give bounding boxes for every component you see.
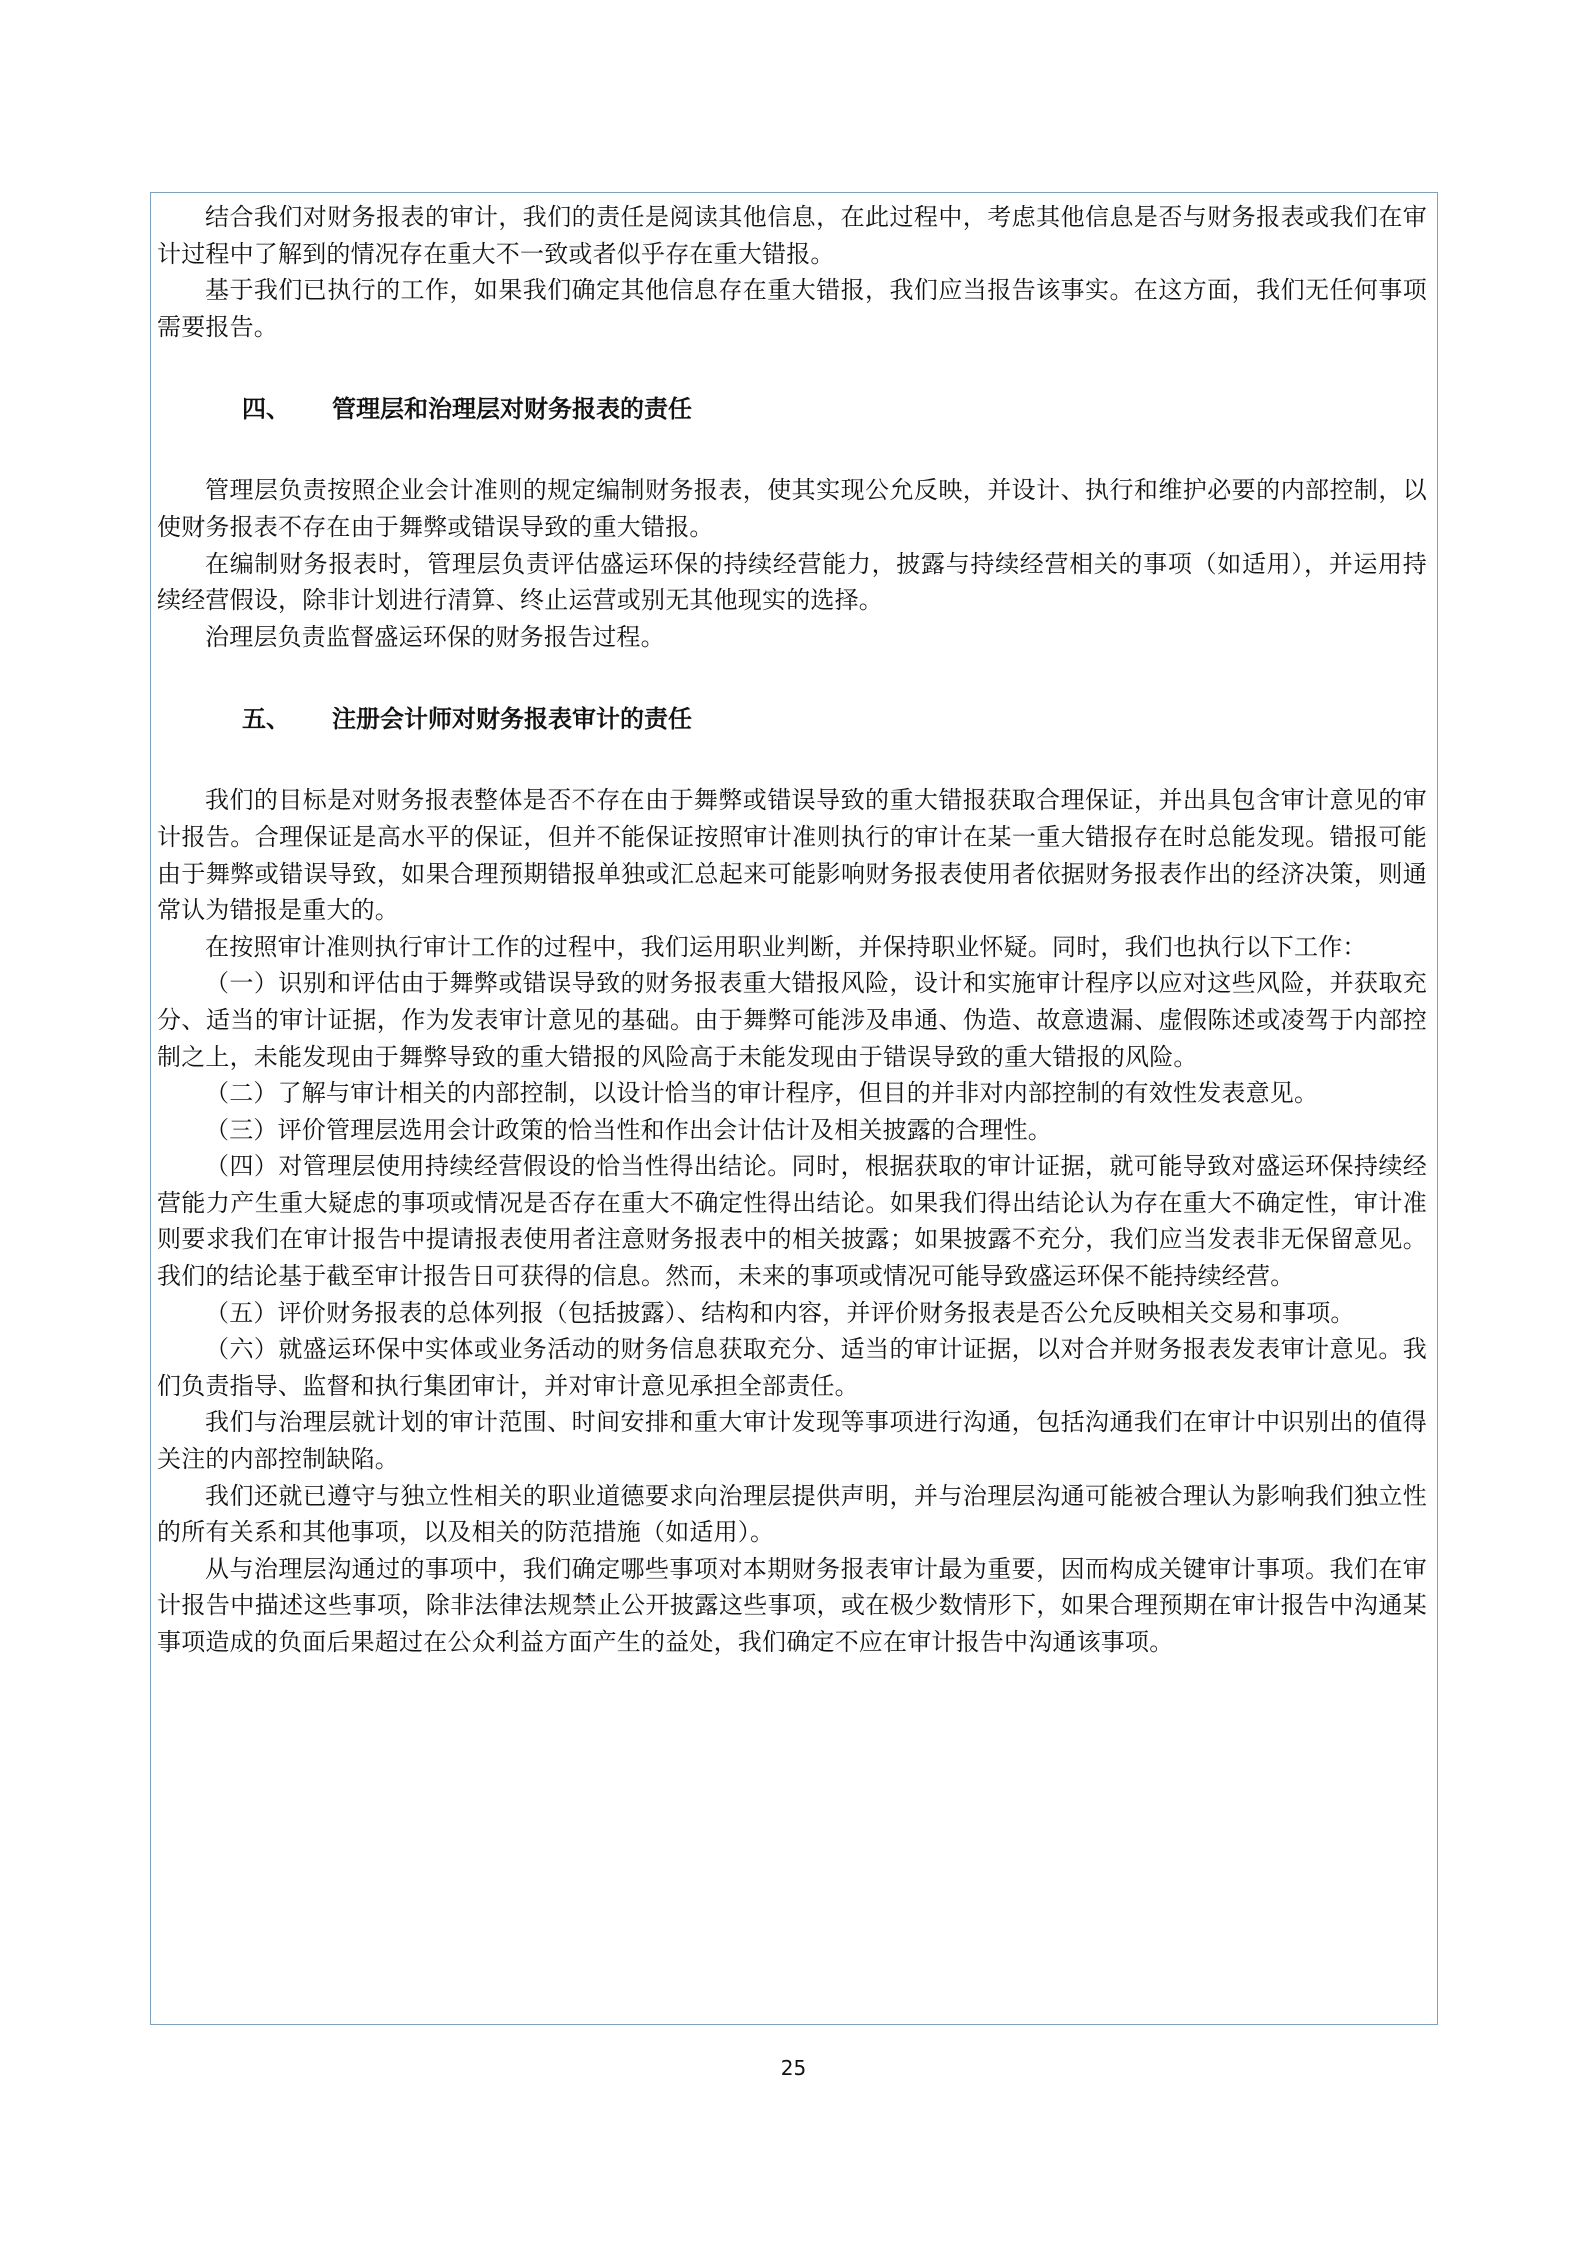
- list-item: （六）就盛运环保中实体或业务活动的财务信息获取充分、适当的审计证据，以对合并财务…: [157, 1331, 1427, 1404]
- paragraph: 我们与治理层就计划的审计范围、时间安排和重大审计发现等事项进行沟通，包括沟通我们…: [157, 1404, 1427, 1477]
- section-number: 四、: [157, 391, 332, 427]
- section-heading-5: 五、 注册会计师对财务报表审计的责任: [157, 701, 1427, 737]
- report-content: 结合我们对财务报表的审计，我们的责任是阅读其他信息，在此过程中，考虑其他信息是否…: [157, 199, 1427, 1661]
- section-title: 管理层和治理层对财务报表的责任: [332, 391, 692, 427]
- paragraph: 结合我们对财务报表的审计，我们的责任是阅读其他信息，在此过程中，考虑其他信息是否…: [157, 199, 1427, 272]
- paragraph: 在编制财务报表时，管理层负责评估盛运环保的持续经营能力，披露与持续经营相关的事项…: [157, 546, 1427, 619]
- section-number: 五、: [157, 701, 332, 737]
- list-item: （一）识别和评估由于舞弊或错误导致的财务报表重大错报风险，设计和实施审计程序以应…: [157, 965, 1427, 1075]
- paragraph: 我们还就已遵守与独立性相关的职业道德要求向治理层提供声明，并与治理层沟通可能被合…: [157, 1478, 1427, 1551]
- section-title: 注册会计师对财务报表审计的责任: [332, 701, 692, 737]
- section-heading-4: 四、 管理层和治理层对财务报表的责任: [157, 391, 1427, 427]
- paragraph: 管理层负责按照企业会计准则的规定编制财务报表，使其实现公允反映，并设计、执行和维…: [157, 472, 1427, 545]
- list-item: （三）评价管理层选用会计政策的恰当性和作出会计估计及相关披露的合理性。: [157, 1112, 1427, 1149]
- paragraph: 基于我们已执行的工作，如果我们确定其他信息存在重大错报，我们应当报告该事实。在这…: [157, 272, 1427, 345]
- paragraph: 我们的目标是对财务报表整体是否不存在由于舞弊或错误导致的重大错报获取合理保证，并…: [157, 782, 1427, 928]
- list-item: （四）对管理层使用持续经营假设的恰当性得出结论。同时，根据获取的审计证据，就可能…: [157, 1148, 1427, 1294]
- paragraph: 治理层负责监督盛运环保的财务报告过程。: [157, 619, 1427, 656]
- list-item: （五）评价财务报表的总体列报（包括披露）、结构和内容，并评价财务报表是否公允反映…: [157, 1295, 1427, 1332]
- page-number: 25: [0, 2056, 1587, 2080]
- list-item: （二）了解与审计相关的内部控制，以设计恰当的审计程序，但目的并非对内部控制的有效…: [157, 1075, 1427, 1112]
- paragraph: 从与治理层沟通过的事项中，我们确定哪些事项对本期财务报表审计最为重要，因而构成关…: [157, 1551, 1427, 1661]
- paragraph: 在按照审计准则执行审计工作的过程中，我们运用职业判断，并保持职业怀疑。同时，我们…: [157, 929, 1427, 966]
- report-frame: 结合我们对财务报表的审计，我们的责任是阅读其他信息，在此过程中，考虑其他信息是否…: [150, 192, 1438, 2025]
